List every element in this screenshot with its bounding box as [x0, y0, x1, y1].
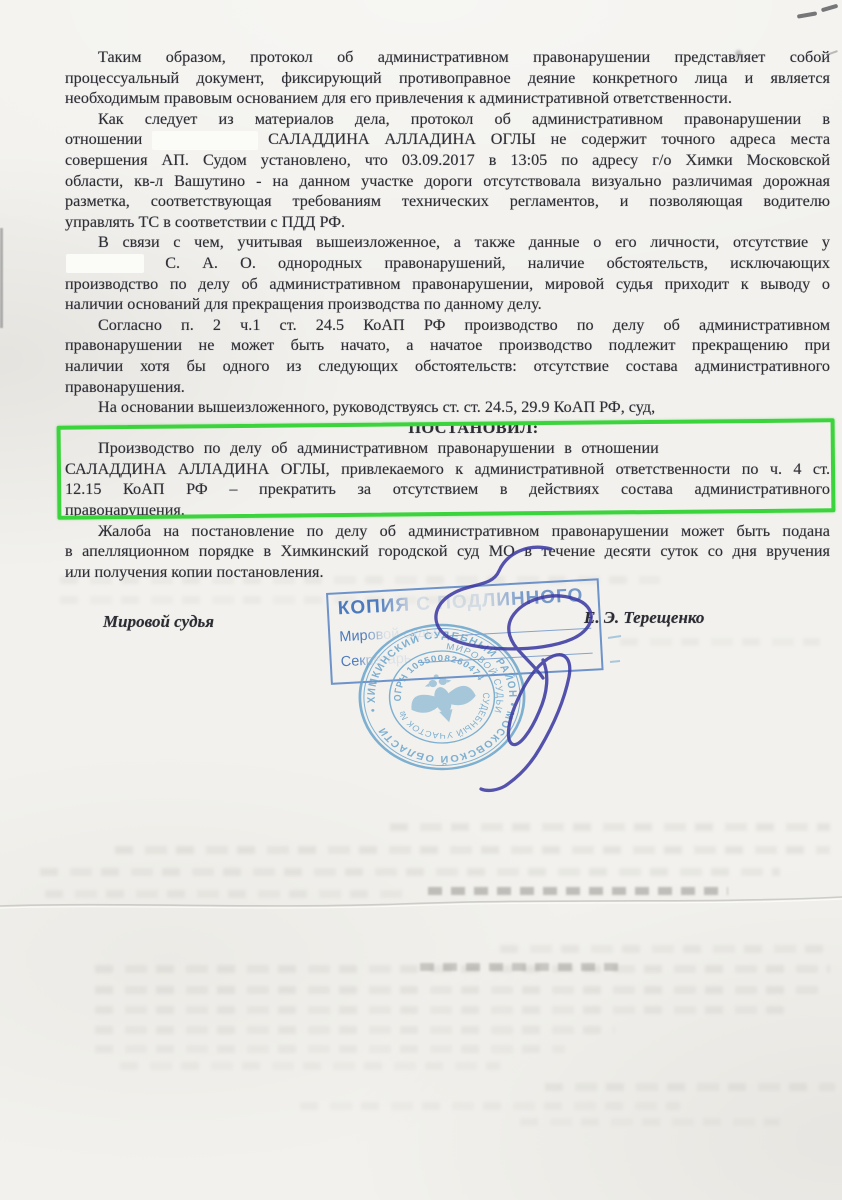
text-line: производство по делу об административном… [65, 274, 830, 295]
text-line: Жалоба на постановление по делу об админ… [65, 521, 830, 542]
text-line: совершения АП. Судом установлено, что 03… [65, 150, 830, 171]
judge-title: Мировой судья [103, 612, 214, 632]
text-line: управлять ТС в соответствии с ПДД РФ. [65, 212, 830, 233]
paper-speck [735, 50, 742, 59]
bleed-text [500, 945, 830, 953]
redacted-gap [65, 267, 143, 268]
copy-certification-stamp: КОПИЯ С ПОДЛИННОГО Мировой судья Секрета… [326, 578, 604, 685]
svg-text:СУДЕБНЫЙ УЧАСТОК № 263: СУДЕБНЫЙ УЧАСТОК № 263 [392, 679, 502, 750]
text-line: отношении САЛАДДИНА АЛЛАДИНА ОГЛЫ не сод… [65, 129, 830, 150]
bleed-text [45, 890, 405, 898]
bleed-text [390, 823, 830, 831]
text-line: необходимым правовым основанием для его … [65, 88, 830, 109]
text-line: правонарушения. [65, 377, 830, 398]
bleed-text [95, 1026, 615, 1034]
text-line: разметка, соответствующая требованиям те… [65, 191, 830, 212]
text-line: Как следует из материалов дела, протокол… [65, 109, 830, 130]
bleed-text [115, 846, 830, 854]
copy-stamp-secretary-row: Секретарь [340, 641, 592, 671]
bleed-text [40, 868, 780, 876]
bleed-text [420, 963, 620, 971]
redacted-gap [157, 143, 253, 144]
defendant-name: САЛАДДИНА АЛЛАДИНА ОГЛЫ не содержит точн… [268, 130, 830, 148]
scanned-court-document-page: Таким образом, протокол об административ… [0, 0, 842, 1200]
bleed-text [120, 1062, 500, 1070]
text-line: или получения копии постановления. [65, 562, 830, 583]
text-line: Таким образом, протокол об административ… [65, 47, 830, 68]
copy-stamp-judge-row: Мировой судья [339, 616, 591, 646]
text-line: Производство по делу об административном… [65, 438, 830, 459]
bleed-text [520, 1118, 780, 1126]
bleed-text [95, 1045, 565, 1053]
bleed-text [545, 1083, 835, 1091]
text-line: правонарушении не может быть начато, а н… [65, 335, 830, 356]
text-line: процессуальный документ, фиксирующий про… [65, 68, 830, 89]
defendant-name-line: САЛАДДИНА АЛЛАДИНА ОГЛЫ, привлекаемого к… [65, 459, 830, 480]
text-line: С. А. О. однородных правонарушений, нали… [65, 253, 830, 274]
crease-line [0, 897, 842, 908]
document-text-block: Таким образом, протокол об административ… [65, 47, 830, 582]
resolution-heading: ПОСТАНОВИЛ: [91, 418, 842, 439]
copy-stamp-secretary-label: Секретарь [340, 650, 411, 670]
seal-precinct-text: СУДЕБНЫЙ УЧАСТОК № 263 [392, 679, 502, 750]
text-line: 12.15 КоАП РФ – прекратить за отсутствие… [65, 479, 830, 500]
scan-edge-shadow [0, 228, 3, 328]
text-line: На основании вышеизложенного, руководств… [65, 397, 830, 418]
text-line: в апелляционном порядке в Химкинский гор… [65, 541, 830, 562]
signature-rule-line [418, 653, 593, 663]
judge-name: Е. Э. Терещенко [584, 608, 704, 628]
text-fragment: отношении [65, 130, 142, 148]
text-fragment: С. А. О. однородных правонарушений, нали… [165, 254, 830, 272]
bleed-text [95, 1006, 795, 1014]
text-line: правонарушения. [65, 500, 830, 521]
copy-stamp-judge-label: Мировой судья [339, 624, 442, 645]
text-line: области, кв-л Вашутино - на данном участ… [65, 171, 830, 192]
text-line: В связи с чем, учитывая вышеизложенное, … [65, 232, 830, 253]
bleed-text [428, 887, 728, 895]
signature-rule-line [447, 628, 591, 637]
bleed-text [95, 986, 825, 994]
copy-stamp-title: КОПИЯ С ПОДЛИННОГО [337, 585, 590, 621]
text-line: наличии хотя бы одного из следующих обст… [65, 356, 830, 377]
text-line: Согласно п. 2 ч.1 ст. 24.5 КоАП РФ произ… [65, 315, 830, 336]
text-line: наличии оснований для прекращения произв… [65, 294, 830, 315]
bleed-text [300, 1102, 680, 1110]
bleed-text [620, 638, 820, 646]
corner-mark [821, 4, 838, 12]
corner-mark [797, 11, 817, 18]
